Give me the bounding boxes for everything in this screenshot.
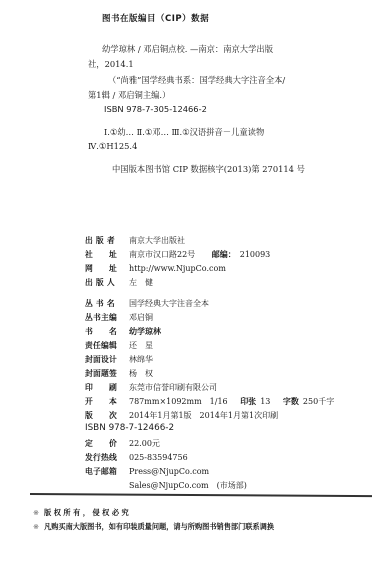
- value: 22.00元: [129, 437, 160, 451]
- cip-title: 图书在版编目（CIP）数据: [102, 12, 209, 24]
- label: 书 名: [85, 325, 129, 339]
- email-row: 电子邮箱Press@NjupCo.com: [85, 465, 209, 479]
- word-count-value: 250千字: [303, 397, 334, 406]
- email-sales-row: Sales@NjupCo.com (市场部): [85, 479, 247, 493]
- cip-line: 幼学琼林 / 邓启铜点校. —南京：南京大学出版: [102, 43, 273, 55]
- email-sales-link[interactable]: Sales@NjupCo.com (市场部): [129, 479, 247, 493]
- label: 电子邮箱: [85, 465, 129, 479]
- value: 南京市汉口路22号: [129, 248, 195, 262]
- label: 发行热线: [85, 451, 129, 465]
- label: 丛书主编: [85, 311, 129, 325]
- printer-row: 印 刷东莞市信誉印刷有限公司: [85, 381, 217, 395]
- series-row: 丛 书 名国学经典大字注音全本: [85, 297, 209, 311]
- notice-text: 凡购买南大版图书，如有印装质量问题，请与所购图书销售部门联系调换: [44, 522, 274, 531]
- label: 社 址: [85, 248, 129, 262]
- value: 025-83594756: [129, 451, 188, 465]
- value: 东莞市信誉印刷有限公司: [129, 381, 217, 395]
- value: 南京大学出版社: [129, 234, 185, 248]
- cip-line: （“尚雅”国学经典书系：国学经典大字注音全本/: [108, 74, 285, 86]
- publisher-person-row: 出 版 人左 健: [85, 276, 153, 290]
- isbn: ISBN 978-7-12466-2: [85, 423, 174, 433]
- label: 封面设计: [85, 353, 129, 367]
- cip-classification: Ⅰ.①幼… Ⅱ.①邓… Ⅲ.①汉语拼音－儿童读物: [104, 126, 264, 138]
- copyright-notice: ※版 权 所 有 ， 侵 权 必 究: [33, 508, 129, 518]
- label: 版 次: [85, 409, 129, 423]
- cip-line: 第1辑 / 邓启铜主编.）: [88, 89, 170, 101]
- cip-classification-cont: Ⅳ.①H125.4: [88, 141, 137, 151]
- value: 还 星: [129, 339, 153, 353]
- cip-line: 社，2014.1: [88, 58, 134, 70]
- publisher-row: 出 版 者南京大学出版社: [85, 234, 185, 248]
- label: 责任编辑: [85, 339, 129, 353]
- price-row: 定 价22.00元: [85, 437, 160, 451]
- reference-mark-icon: ※: [33, 522, 39, 531]
- hotline-row: 发行热线025-83594756: [85, 451, 188, 465]
- reference-mark-icon: ※: [33, 508, 39, 517]
- label: 封面题签: [85, 367, 129, 381]
- email-press-link[interactable]: Press@NjupCo.com: [129, 465, 209, 479]
- label: 出 版 人: [85, 276, 129, 290]
- website-row: 网 址http://www.NjupCo.com: [85, 262, 226, 276]
- label: 丛 书 名: [85, 297, 129, 311]
- label: 定 价: [85, 437, 129, 451]
- value: 杨 权: [129, 367, 153, 381]
- value: 国学经典大字注音全本: [129, 297, 209, 311]
- value: 787mm×1092mm 1/16: [129, 395, 228, 409]
- label: 出 版 者: [85, 234, 129, 248]
- value: 左 健: [129, 276, 153, 290]
- quality-notice: ※凡购买南大版图书，如有印装质量问题，请与所购图书销售部门联系调换: [33, 522, 274, 532]
- label: 开 本: [85, 395, 129, 409]
- value: 林绵华: [129, 353, 153, 367]
- divider: [30, 493, 372, 497]
- cip-record-number: 中国版本图书馆 CIP 数据核字(2013)第 270114 号: [112, 163, 305, 175]
- postcode-label: 邮编：: [212, 250, 236, 259]
- sheets-value: 13: [260, 397, 270, 406]
- word-count-label: 字数: [283, 397, 299, 406]
- value: 2014年1月第1版 2014年1月第1次印刷: [129, 409, 278, 423]
- title-row: 书 名幼学琼林: [85, 325, 161, 339]
- label: 印 刷: [85, 381, 129, 395]
- cover-design-row: 封面设计林绵华: [85, 353, 153, 367]
- postcode-value: 210093: [240, 250, 271, 259]
- editor-row: 责任编辑还 星: [85, 339, 153, 353]
- sheets-label: 印张: [240, 397, 256, 406]
- format-row: 开 本787mm×1092mm 1/16 印张13 字数250千字: [85, 395, 334, 409]
- website-link[interactable]: http://www.NjupCo.com: [129, 262, 226, 276]
- cip-isbn: ISBN 978-7-305-12466-2: [104, 104, 207, 114]
- notice-text: 版 权 所 有 ， 侵 权 必 究: [44, 508, 129, 517]
- edition-row: 版 次2014年1月第1版 2014年1月第1次印刷: [85, 409, 278, 423]
- series-editor-row: 丛书主编邓启铜: [85, 311, 153, 325]
- value: 幼学琼林: [129, 325, 161, 339]
- label: 网 址: [85, 262, 129, 276]
- value: 邓启铜: [129, 311, 153, 325]
- cover-inscription-row: 封面题签杨 权: [85, 367, 153, 381]
- address-row: 社 址南京市汉口路22号 邮编：210093: [85, 248, 270, 262]
